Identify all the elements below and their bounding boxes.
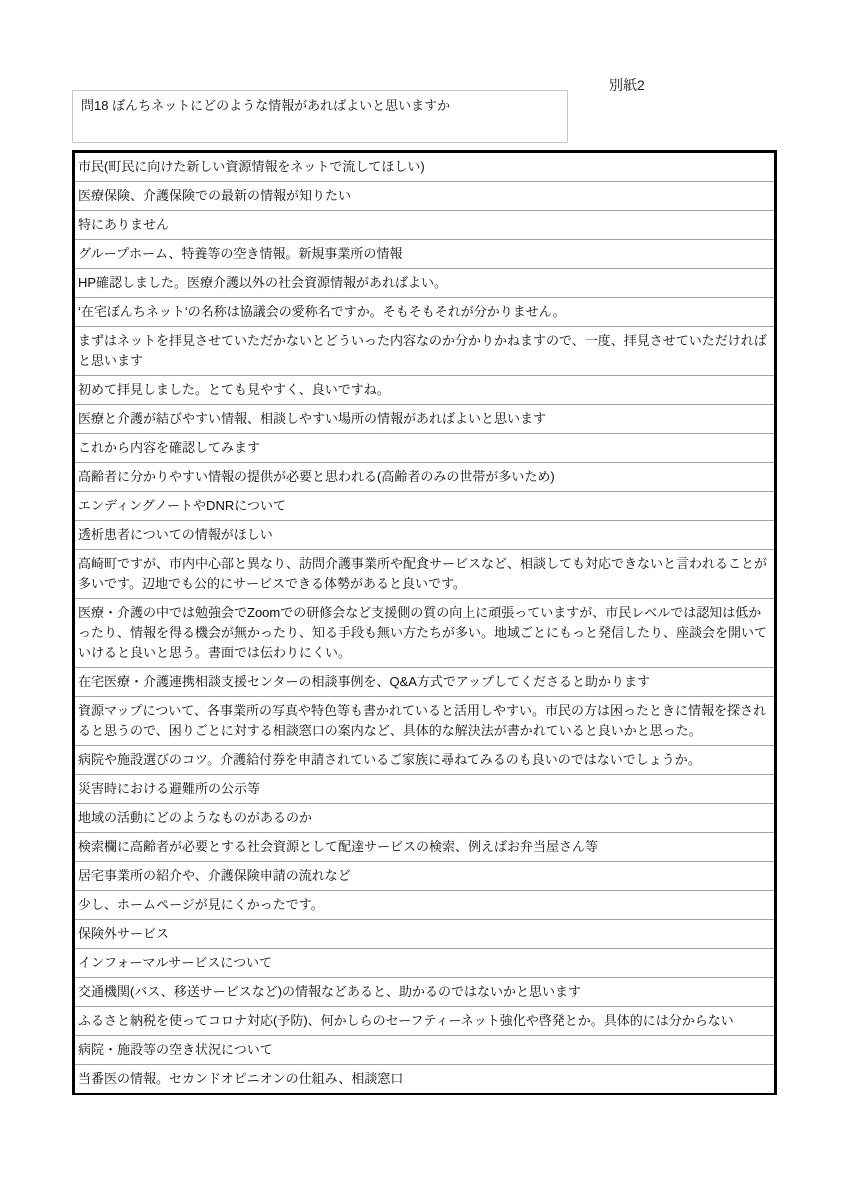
table-row: 少し、ホームページが見にくかったです。 [75,891,774,920]
table-row: 医療と介護が結びやすい情報、相談しやすい場所の情報があればよいと思います [75,405,774,434]
table-row: 居宅事業所の紹介や、介護保険申請の流れなど [75,862,774,891]
table-row: ‘在宅ぼんちネット‘の名称は協議会の愛称名ですか。そもそもそれが分かりません。 [75,298,774,327]
table-row: 病院・施設等の空き状況について [75,1036,774,1065]
table-row: 医療・介護の中では勉強会でZoomでの研修会など支援側の質の向上に頑張っています… [75,599,774,668]
attachment-label: 別紙2 [609,76,645,94]
table-row: 地域の活動にどのようなものがあるのか [75,804,774,833]
table-row: 災害時における避難所の公示等 [75,775,774,804]
question-title: 問18 ぼんちネットにどのような情報があればよいと思いますか [73,91,567,121]
table-row: HP確認しました。医療介護以外の社会資源情報があればよい。 [75,269,774,298]
table-row: 初めて拝見しました。とても見やすく、良いですね。 [75,376,774,405]
table-row: 在宅医療・介護連携相談支援センターの相談事例を、Q&A方式でアップしてくださると… [75,668,774,697]
table-row: エンディングノートやDNRについて [75,492,774,521]
table-row: 当番医の情報。セカンドオピニオンの仕組み、相談窓口 [75,1065,774,1093]
table-row: 市民(町民に向けた新しい資源情報をネットで流してほしい) [75,153,774,182]
table-row: 病院や施設選びのコツ。介護給付券を申請されているご家族に尋ねてみるのも良いのでは… [75,746,774,775]
table-row: これから内容を確認してみます [75,434,774,463]
table-row: グループホーム、特養等の空き情報。新規事業所の情報 [75,240,774,269]
table-row: 医療保険、介護保険での最新の情報が知りたい [75,182,774,211]
table-row: インフォーマルサービスについて [75,949,774,978]
response-table: 市民(町民に向けた新しい資源情報をネットで流してほしい)医療保険、介護保険での最… [72,150,777,1095]
table-row: ふるさと納税を使ってコロナ対応(予防)、何かしらのセーフティーネット強化や啓発と… [75,1007,774,1036]
table-row: 交通機関(バス、移送サービスなど)の情報などあると、助かるのではないかと思います [75,978,774,1007]
table-row: 透析患者についての情報がほしい [75,521,774,550]
question-box: 問18 ぼんちネットにどのような情報があればよいと思いますか [72,90,568,143]
table-row: 保険外サービス [75,920,774,949]
table-row: まずはネットを拝見させていただかないとどういった内容なのか分かりかねますので、一… [75,327,774,376]
document-page: 別紙2 問18 ぼんちネットにどのような情報があればよいと思いますか 市民(町民… [0,0,848,1200]
table-row: 検索欄に高齢者が必要とする社会資源として配達サービスの検索、例えばお弁当屋さん等 [75,833,774,862]
table-row: 高齢者に分かりやすい情報の提供が必要と思われる(高齢者のみの世帯が多いため) [75,463,774,492]
table-row: 特にありません [75,211,774,240]
table-row: 高崎町ですが、市内中心部と異なり、訪問介護事業所や配食サービスなど、相談しても対… [75,550,774,599]
table-row: 資源マップについて、各事業所の写真や特色等も書かれていると活用しやすい。市民の方… [75,697,774,746]
